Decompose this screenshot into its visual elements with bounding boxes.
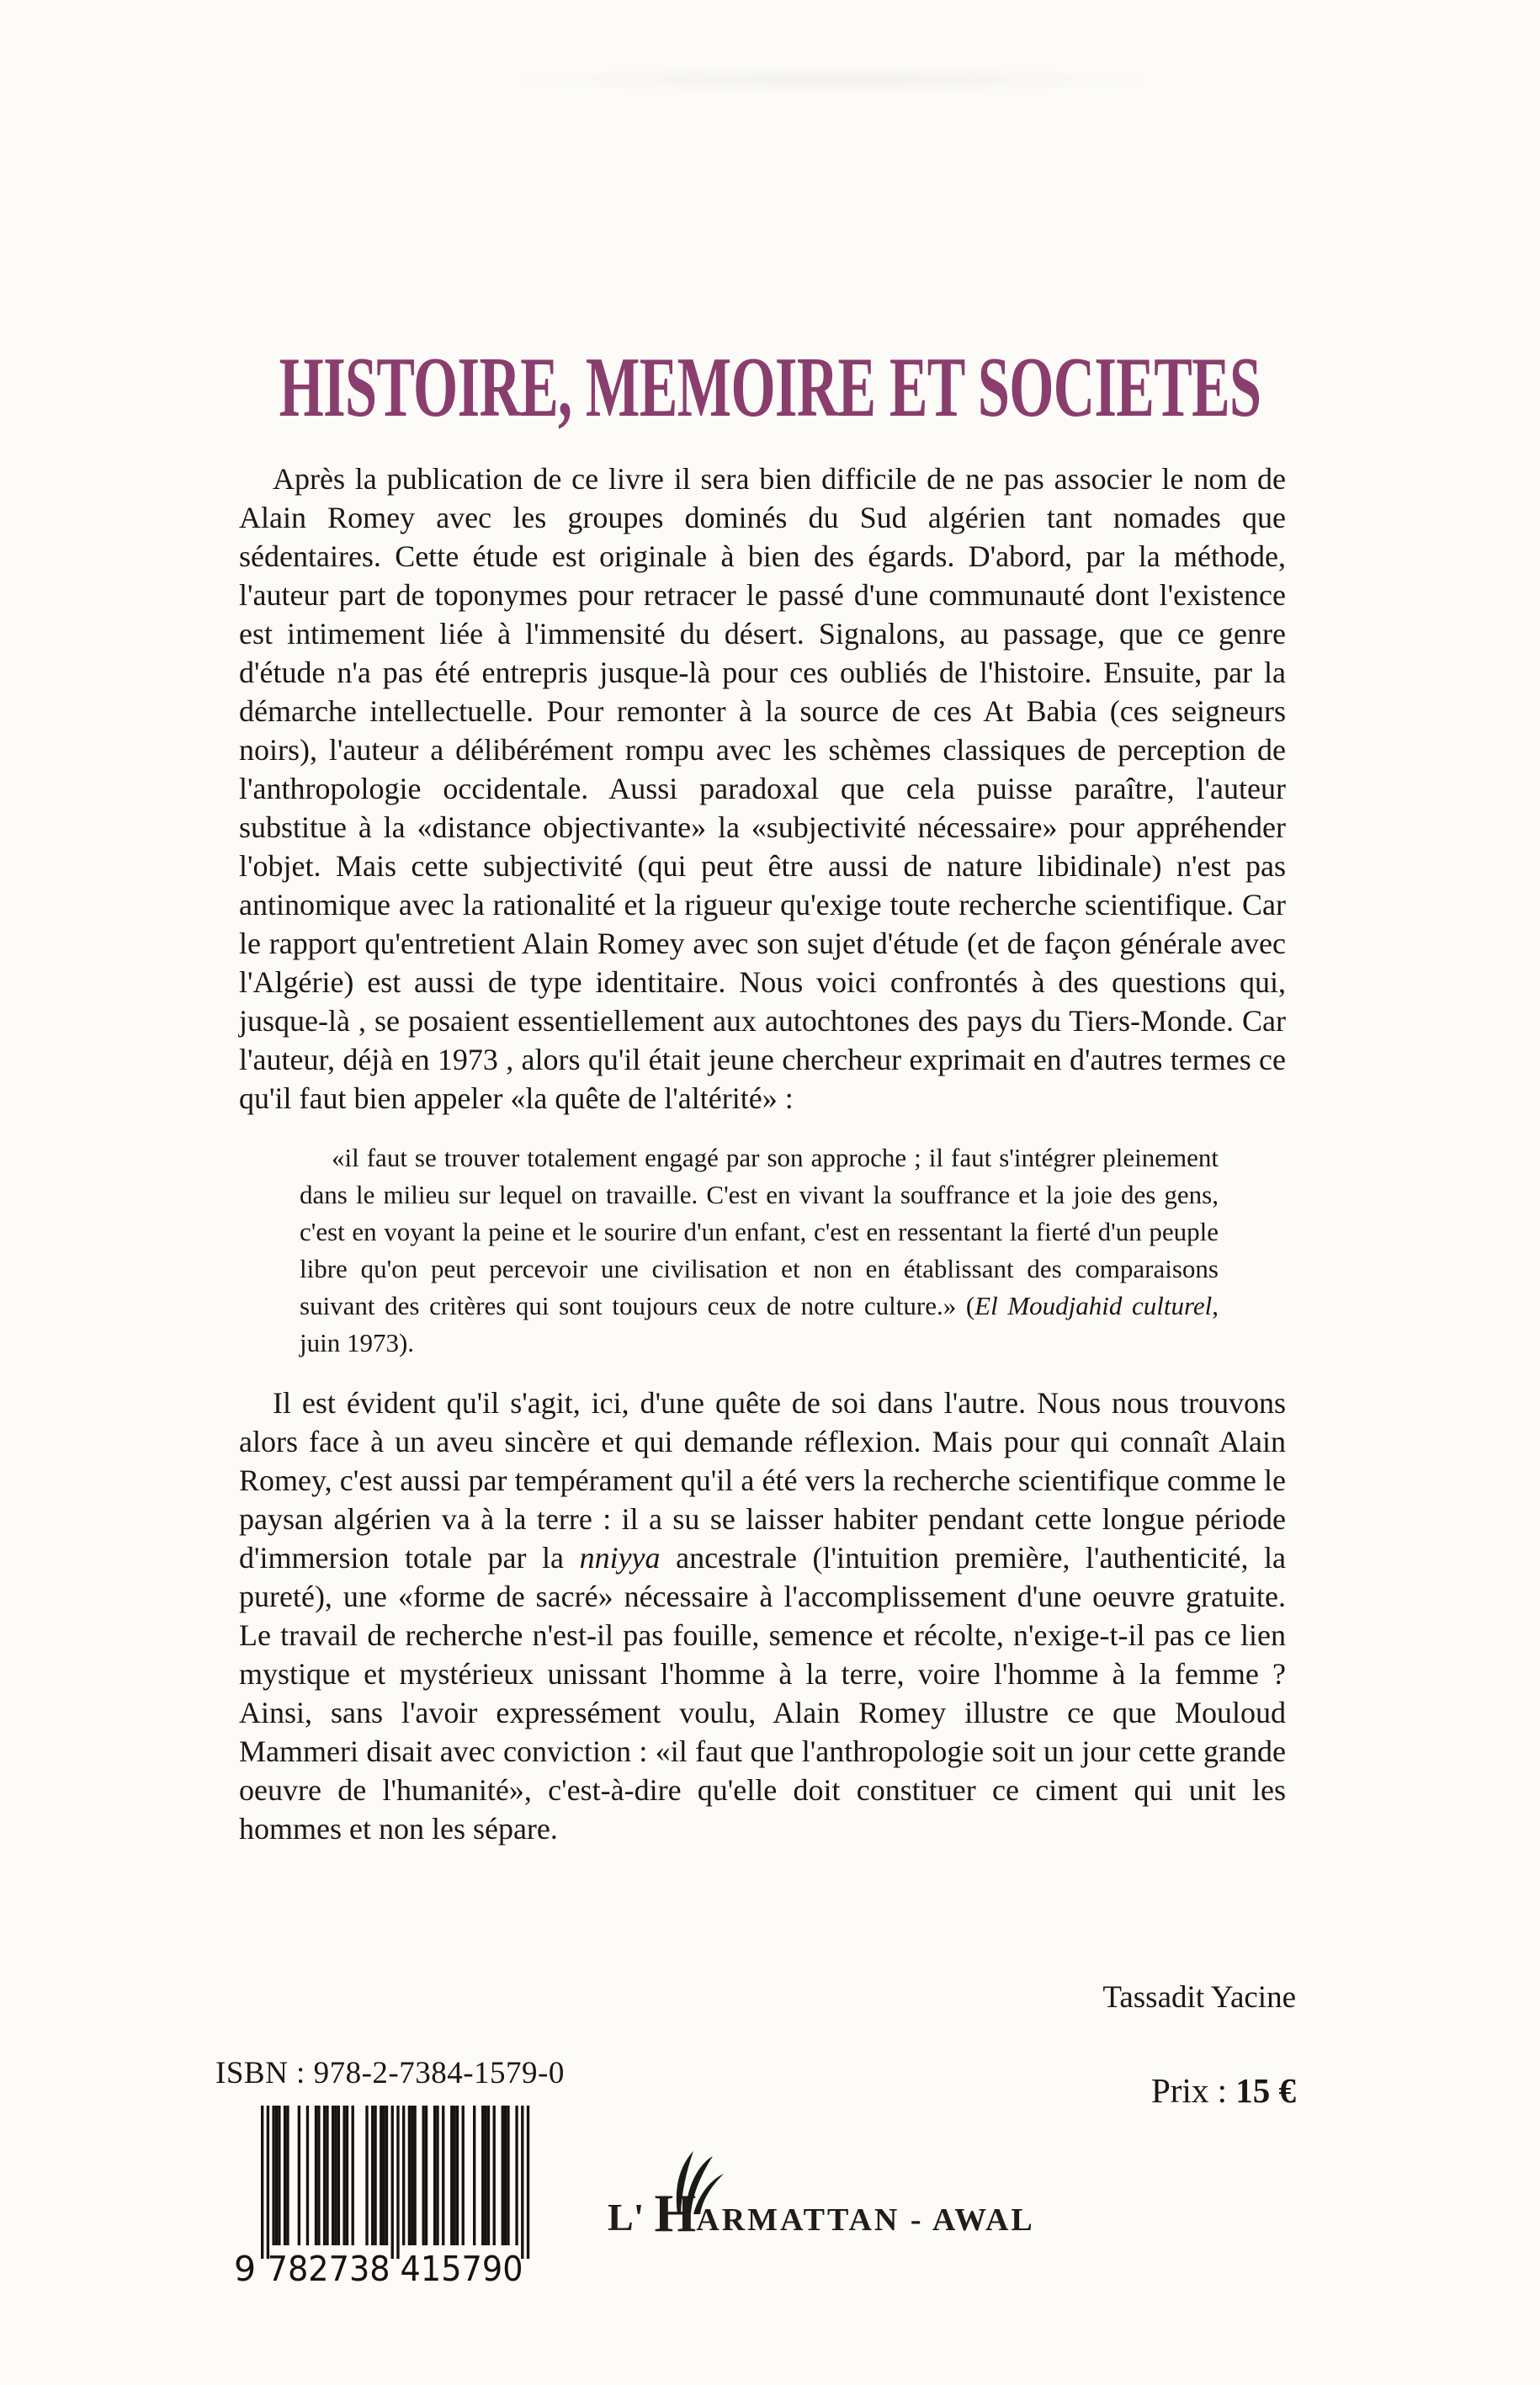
svg-text:9: 9 xyxy=(234,2249,256,2284)
isbn-label: ISBN : 978-2-7384-1579-0 xyxy=(215,2055,565,2091)
text-segment: Après la publication de ce livre il sera… xyxy=(239,462,1286,1115)
svg-text:782738: 782738 xyxy=(268,2249,390,2284)
price-caption: Prix : xyxy=(1151,2071,1235,2110)
price-value: 15 € xyxy=(1235,2071,1296,2110)
svg-text:415790: 415790 xyxy=(401,2249,523,2284)
paragraph-body-0: Après la publication de ce livre il sera… xyxy=(239,459,1286,1118)
text-segment: ancestrale (l'intuition première, l'auth… xyxy=(239,1541,1286,1846)
ean13-barcode: 9782738415790 xyxy=(232,2106,532,2288)
book-back-cover: HISTOIRE, MEMOIRE ET SOCIETES Après la p… xyxy=(0,0,1540,2385)
reviewer-signature: Tassadit Yacine xyxy=(239,1979,1296,2016)
paragraph-body-2: Il est évident qu'il s'agit, ici, d'une … xyxy=(239,1384,1286,1848)
paragraph-quote-1: «il faut se trouver totalement engagé pa… xyxy=(300,1139,1219,1362)
body-text: Après la publication de ce livre il sera… xyxy=(239,459,1286,1848)
publisher-prefix: L' xyxy=(608,2198,644,2240)
italic-phrase: El Moudjahid culturel xyxy=(974,1291,1212,1320)
publisher-logo: L' H ARMATTAN - AWAL xyxy=(608,2148,1035,2240)
barcode-image: 9782738415790 xyxy=(232,2106,532,2284)
page-title: HISTOIRE, MEMOIRE ET SOCIETES xyxy=(254,338,1286,437)
scan-artifact xyxy=(505,66,1161,94)
publisher-initial: H xyxy=(654,2186,696,2240)
italic-phrase: nniyya xyxy=(580,1541,661,1575)
feather-icon xyxy=(671,2149,726,2215)
price-label: Prix : 15 € xyxy=(926,2070,1296,2111)
publisher-name: ARMATTAN - AWAL xyxy=(696,2204,1035,2240)
